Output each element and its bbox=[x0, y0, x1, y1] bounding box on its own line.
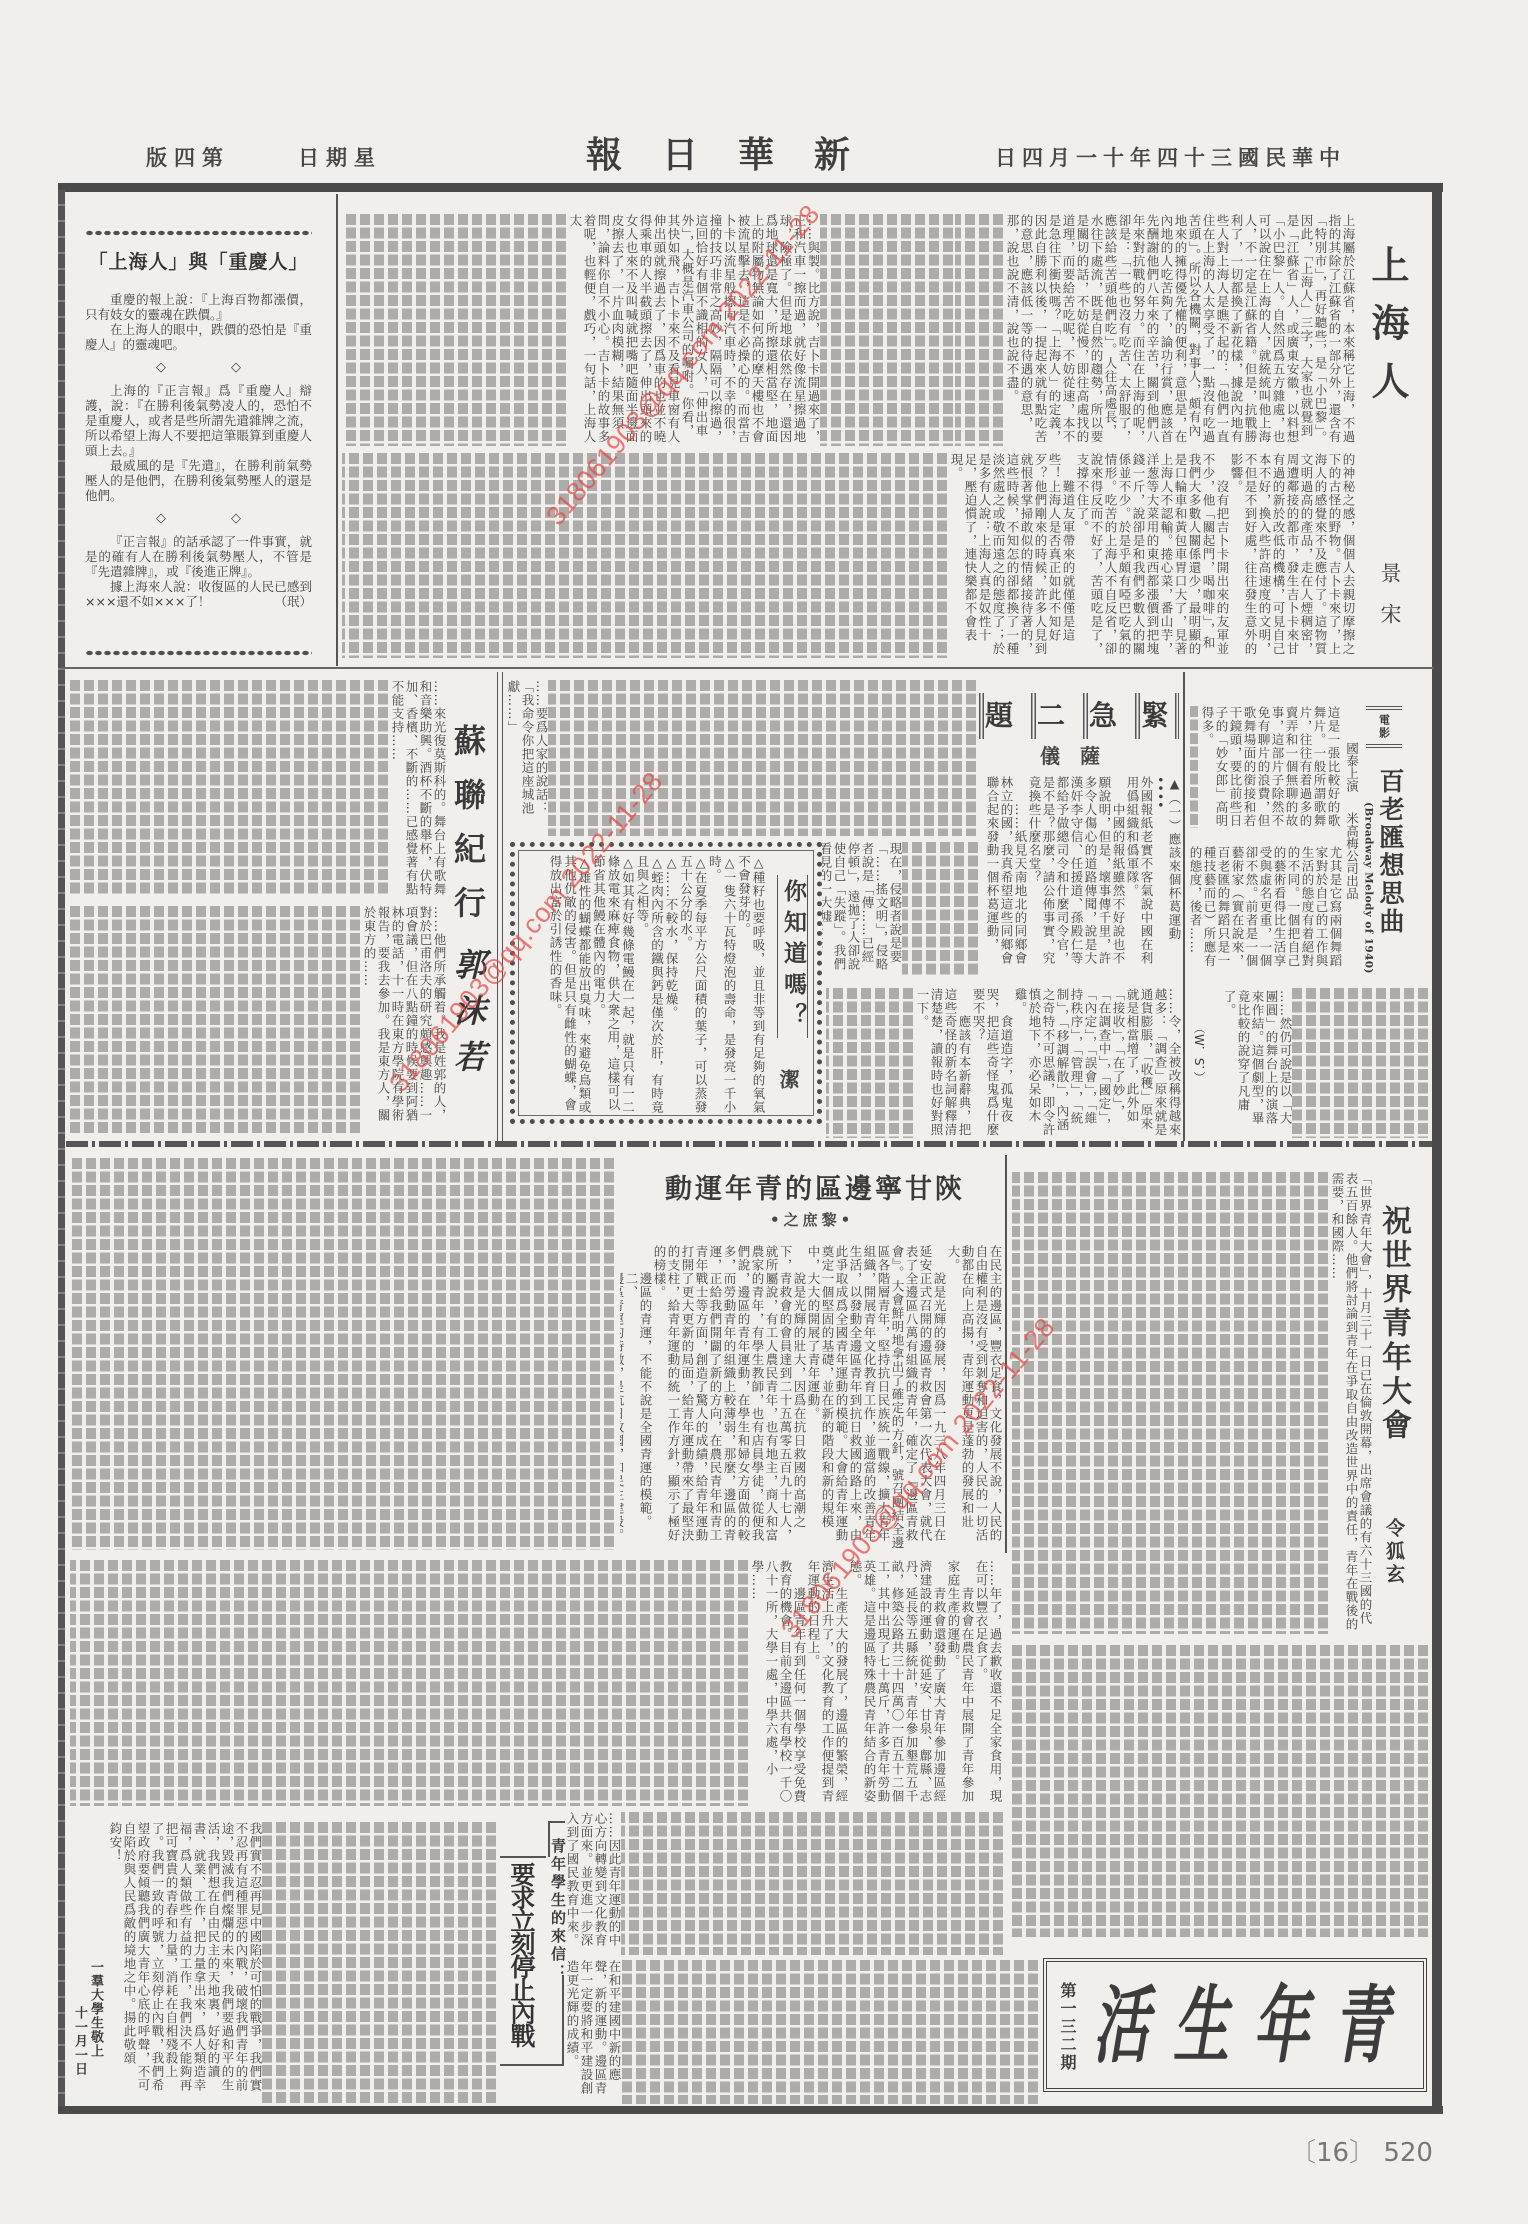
illegible-text bbox=[902, 842, 980, 975]
article-text: 在民主的邊區，豐衣足食，文化發展不說，人民的自由權利是沒有受到剝奪和迫害的，人民… bbox=[620, 1245, 1002, 1550]
double-column-divider bbox=[497, 672, 503, 1141]
article-body-band: ……然仍可說是以「大團圓」的舞台上的演落來作結。這個劇型，畢竟比較的說穿了凡庸了… bbox=[1212, 990, 1292, 1136]
decorative-rule bbox=[85, 230, 312, 236]
diamond-separator: ◇ ◇ bbox=[85, 360, 312, 375]
section-divider bbox=[62, 667, 1434, 669]
article-text: 在和平建國中新的應聲，新的運動。邊區青年一定要將和平建設創造更光輝的成績。 bbox=[565, 1960, 621, 2104]
column-issue-number: 第一三二期 bbox=[1059, 1982, 1075, 2072]
illegible-text bbox=[1292, 988, 1430, 1138]
article-text: ……年了，過去歉收還不足全家食用，現在可以豐衣足食了。 青救會在農民青年中展開了… bbox=[750, 1560, 1002, 1806]
article-text: 上海屬於江蘇省，本來稱它上海，不過指的其除了江蘇省的一部分外，還含有「特別市」，… bbox=[1005, 214, 1355, 446]
article-body-band: 現在，侵略者說是要「……搖文明」，侵略者說是「傳……已經停頓」，遠拋了人卻說使自… bbox=[822, 842, 902, 975]
fact-item: △……不較水，保持乾燥。 bbox=[664, 855, 679, 1117]
illegible-text bbox=[342, 214, 568, 446]
issue-date: 中華民國三十四年十一月四日 bbox=[995, 148, 1346, 169]
article-body-band: ……來光復莫斯科的。舞台上有歌舞和音樂助興。酒杯不斷的舉杯，伏特加、香檳、不斷的… bbox=[70, 680, 446, 896]
article-text: ▲（一）應該來個杯葛運動•••• 外國報紙老實不客氣說中國在利用僞組織和僞軍隊。… bbox=[986, 776, 1181, 972]
column-divider bbox=[336, 194, 338, 666]
illegible-text bbox=[955, 214, 1005, 446]
fact-item: △種籽也要呼吸，並且非等到有足夠的氧氣不會發芽的。 bbox=[736, 855, 765, 1117]
letter-signoff: 一羣大學生敬上 bbox=[89, 1960, 102, 2058]
frame-left bbox=[58, 190, 65, 2114]
newspaper-masthead: 新華日報 bbox=[586, 137, 890, 173]
edition-label: 第四版 bbox=[146, 148, 230, 169]
sidebar-paragraph: 『正言報』的話承認了一件事實，就是的確有人在勝利後氣勢壓人，不管是『先遣雜牌』，… bbox=[85, 534, 312, 579]
article-body-band: ……年了，過去歉收還不足全家食用，現在可以豐衣足食了。 青救會在農民青年中展開了… bbox=[70, 1560, 1002, 1806]
sidebar-paragraph: 重慶的報上說：『上海百物都漲價，只有妓女的靈魂在跌價。』 bbox=[85, 292, 312, 322]
article-author: 景宋 bbox=[1379, 562, 1400, 644]
illegible-text bbox=[826, 988, 915, 1138]
column-masthead-name: 青年生活 bbox=[1093, 1984, 1413, 2068]
sidebar-paragraph: 上海的『正言報』爲『重慶人』辯護，說：『在勝利後氣勢凌人的，恐怕不是重慶人，或者… bbox=[85, 383, 312, 458]
film-venue: 國泰上演 bbox=[1345, 742, 1358, 792]
article-body-band: ……要爲人家的說話：「我命令你把這座城池獻……」 bbox=[506, 680, 978, 836]
illegible-text bbox=[262, 1822, 498, 2104]
illegible-text bbox=[70, 1560, 750, 1806]
box-author: 潔 bbox=[774, 1069, 803, 1089]
article-body-band: ……與製。比方說，吉卜卡開過來了，正和汽車一擦而過，就好像流星擦過地球，險極了。… bbox=[342, 214, 820, 446]
letter-date: 十一月一日 bbox=[73, 2006, 86, 2076]
article-body-band: 在和平建國中新的應聲，新的運動。邊區青年一定要將和平建設創造更光輝的成績。 bbox=[565, 1960, 1040, 2104]
article-text: 「世界青年大會」，十月三十一日已在倫敦開幕，出席會議的有六十三國的代表五百餘人。… bbox=[1330, 1172, 1372, 1634]
sidebar-paragraph: 最威風的是『先遣』，在勝利前氣勢壓人的是他們，在勝利後氣勢壓人的還是他們。 bbox=[85, 458, 312, 503]
article-text: ……令，全被改稱得越來越多：「調查」原來就是通貨膨脹，「收穫」原來就是相當增了，… bbox=[915, 988, 1181, 1138]
article-author: 薩儀 bbox=[1040, 746, 1120, 766]
bracket-line bbox=[548, 1821, 565, 1823]
article-body-band: 「世界青年大會」，十月三十一日已在倫敦開幕，出席會議的有六十三國的代表五百餘人。… bbox=[1012, 1172, 1372, 1634]
fact-item: △蛭肉內所含的鐵與鈣是僅次於肝，有時竟且與之相等。 bbox=[635, 855, 664, 1117]
column-masthead-box: 第一三二期 青年生活 bbox=[1043, 1958, 1427, 2092]
page-reference: 〔16〕 520 bbox=[1290, 2140, 1433, 2166]
film-category-label: 電影 bbox=[1366, 706, 1402, 748]
letter-text: 我們實不忍再見中國陷於可怕的戰爭，我們實不忍再有這種罪惡的內戰，破壞我們青年的前… bbox=[108, 1822, 262, 2104]
article-text: 尤其是它寫兩個舞蹈家對於自己的工作與生活的態度有着絕對的不同。一個把自己的藝術看… bbox=[1190, 846, 1342, 968]
article-title-shanghai-ren: 上海人 bbox=[1368, 245, 1406, 419]
headline-rule bbox=[500, 1856, 546, 1858]
article-body-band: 的神秘之感，個個人去親切摩擦之下的古怪的野物。吉卜卡來了，上海人的感覺來不及應付… bbox=[342, 453, 1355, 658]
fact-item: △在夏季每平方公尺面積的葉子，可以蒸發五十公分的水。 bbox=[678, 855, 707, 1117]
illegible-text bbox=[621, 1960, 1040, 2104]
header-rule bbox=[58, 183, 1443, 192]
illegible-text bbox=[342, 453, 949, 658]
article-body-band: 在民主的邊區，豐衣足食，文化發展不說，人民的自由權利是沒有受到剝奪和迫害的，人民… bbox=[620, 1245, 1002, 1550]
fact-list: △種籽也要呼吸，並且非等到有足夠的氧氣不會發芽的。 △一隻六十瓦特燈泡的壽命，是… bbox=[548, 855, 766, 1117]
illegible-text bbox=[1012, 1172, 1330, 1634]
article-body-band: 尤其是它寫兩個舞蹈家對於自己的工作與生活的態度有着絕對的不同。一個把自己的藝術看… bbox=[1190, 846, 1342, 968]
author-name: 黎庶之 bbox=[784, 1211, 841, 1229]
article-body-band: ……令，全被改稱得越來越多：「調查」原來就是通貨膨脹，「收穫」原來就是相當增了，… bbox=[826, 988, 1181, 1138]
column-divider bbox=[1183, 672, 1185, 1141]
article-text: ……要爲人家的說話：「我命令你把這座城池獻……」 bbox=[506, 680, 548, 836]
box-title: 你知道嗎？ bbox=[777, 875, 808, 1038]
illegible-text bbox=[70, 680, 390, 896]
illegible-text bbox=[70, 1158, 616, 1550]
letter-body-band: 我們實不忍再見中國陷於可怕的戰爭，我們實不忍再有這種罪惡的內戰，破壞我們青年的前… bbox=[108, 1822, 262, 2104]
illegible-text bbox=[621, 1812, 1005, 1955]
article-title-world-youth: 祝世界青年大會 bbox=[1378, 1205, 1408, 1443]
film-english-title: (Broadway Melody of 1940) bbox=[1363, 802, 1374, 974]
article-text: 的神秘之感，個個人去親切摩擦之下的古怪的野物。吉卜卡來了，上海人的感覺來不及應付… bbox=[949, 453, 1355, 658]
sidebar-title: 「上海人」與「重慶人」 bbox=[85, 250, 312, 274]
article-author: •黎庶之• bbox=[770, 1213, 854, 1228]
article-text: 這是一張比較好的歌舞片。一般所謂歌舞片，往往有着過多的賣弄和一個無聊的故事，這部… bbox=[1200, 706, 1340, 828]
article-title-shaanganning: 陝甘寧邊區的青年運動 bbox=[665, 1176, 965, 1203]
film-review-signature: （W．S．） bbox=[1193, 1022, 1205, 1083]
decorative-dashed-rule bbox=[66, 1141, 1432, 1147]
frame-bottom bbox=[58, 2106, 1443, 2114]
sidebar-paragraph-last: 據上海來人說：收復區的人民已感到×××還不如×××了！（珉） bbox=[85, 579, 312, 609]
illegible-text bbox=[820, 214, 955, 446]
fact-item: △一隻六十瓦特燈泡的壽命，是發亮一千小時。 bbox=[707, 855, 736, 1117]
article-text: ……來光復莫斯科的。舞台上有歌舞和音樂助興。酒杯不斷的舉杯，伏特加、香檳、不斷的… bbox=[390, 680, 446, 896]
weekday-label: 星期日 bbox=[298, 148, 382, 169]
article-text: ……因此青年運動的中心方向轉變到文化教育方面來。並更進一步深入到了國民教育中來。 bbox=[565, 1812, 621, 1955]
article-text: ……然仍可說是以「大團圓」的舞台上的演落來作結。這個劇型，畢竟比較的說穿了凡庸了… bbox=[1222, 990, 1292, 1136]
article-body-band: 上海屬於江蘇省，本來稱它上海，不過指的其除了江蘇省的一部分外，還含有「特別市」，… bbox=[955, 214, 1355, 446]
illegible-text bbox=[1010, 1645, 1430, 1937]
illegible-text bbox=[70, 906, 362, 1134]
article-title-sulian-jixing: 蘇聯紀行 bbox=[452, 724, 484, 940]
article-body-band: 這是一張比較好的歌舞片。一般所謂歌舞片，往往有着過多的賣弄和一個無聊的故事，這部… bbox=[1190, 706, 1340, 828]
sidebar-signature: （珉） bbox=[249, 594, 312, 609]
diamond-separator: ◇ ◇ bbox=[85, 511, 312, 526]
article-text: 現在，侵略者說是要「……搖文明」，侵略者說是「傳……已經停頓」，遠拋了人卻說使自… bbox=[822, 842, 902, 975]
article-body-band: ……因此青年運動的中心方向轉變到文化教育方面來。並更進一步深入到了國民教育中來。 bbox=[565, 1812, 1005, 1955]
bracket-line bbox=[562, 1975, 564, 2065]
headline-rule bbox=[500, 2064, 564, 2066]
article-title-film: 百老匯想思曲 bbox=[1378, 768, 1403, 936]
fact-item: △如其有好幾條電鰻在一起，就是只有一二條放電來麻痺食物，供大衆之用，這樣可以節省… bbox=[591, 855, 635, 1117]
letter-headline: 要求立刻停止內戰 bbox=[509, 1862, 534, 2046]
article-body-band: ▲（一）應該來個杯葛運動•••• 外國報紙老實不客氣說中國在利用僞組織和僞軍隊。… bbox=[986, 776, 1181, 972]
category-text: 電影 bbox=[1379, 714, 1390, 740]
letter-kicker: 青年學生的來信： bbox=[550, 1838, 565, 1982]
sidebar-box-shanghai-chongqing: 「上海人」與「重慶人」 重慶的報上說：『上海百物都漲價，只有妓女的靈魂在跌價。』… bbox=[72, 198, 334, 660]
film-producer: 米高梅公司出品 bbox=[1345, 812, 1358, 900]
article-title-jinji-erti: 緊急二題 bbox=[985, 702, 1193, 730]
illegible-text bbox=[1190, 706, 1200, 828]
sidebar-paragraph: 在上海人的眼中，跌價的恐怕是『重慶人』的靈魂吧。 bbox=[85, 322, 312, 352]
article-author: 令狐玄 bbox=[1384, 1518, 1403, 1587]
frame-right bbox=[1432, 183, 1442, 2114]
decorative-rule bbox=[85, 650, 312, 656]
